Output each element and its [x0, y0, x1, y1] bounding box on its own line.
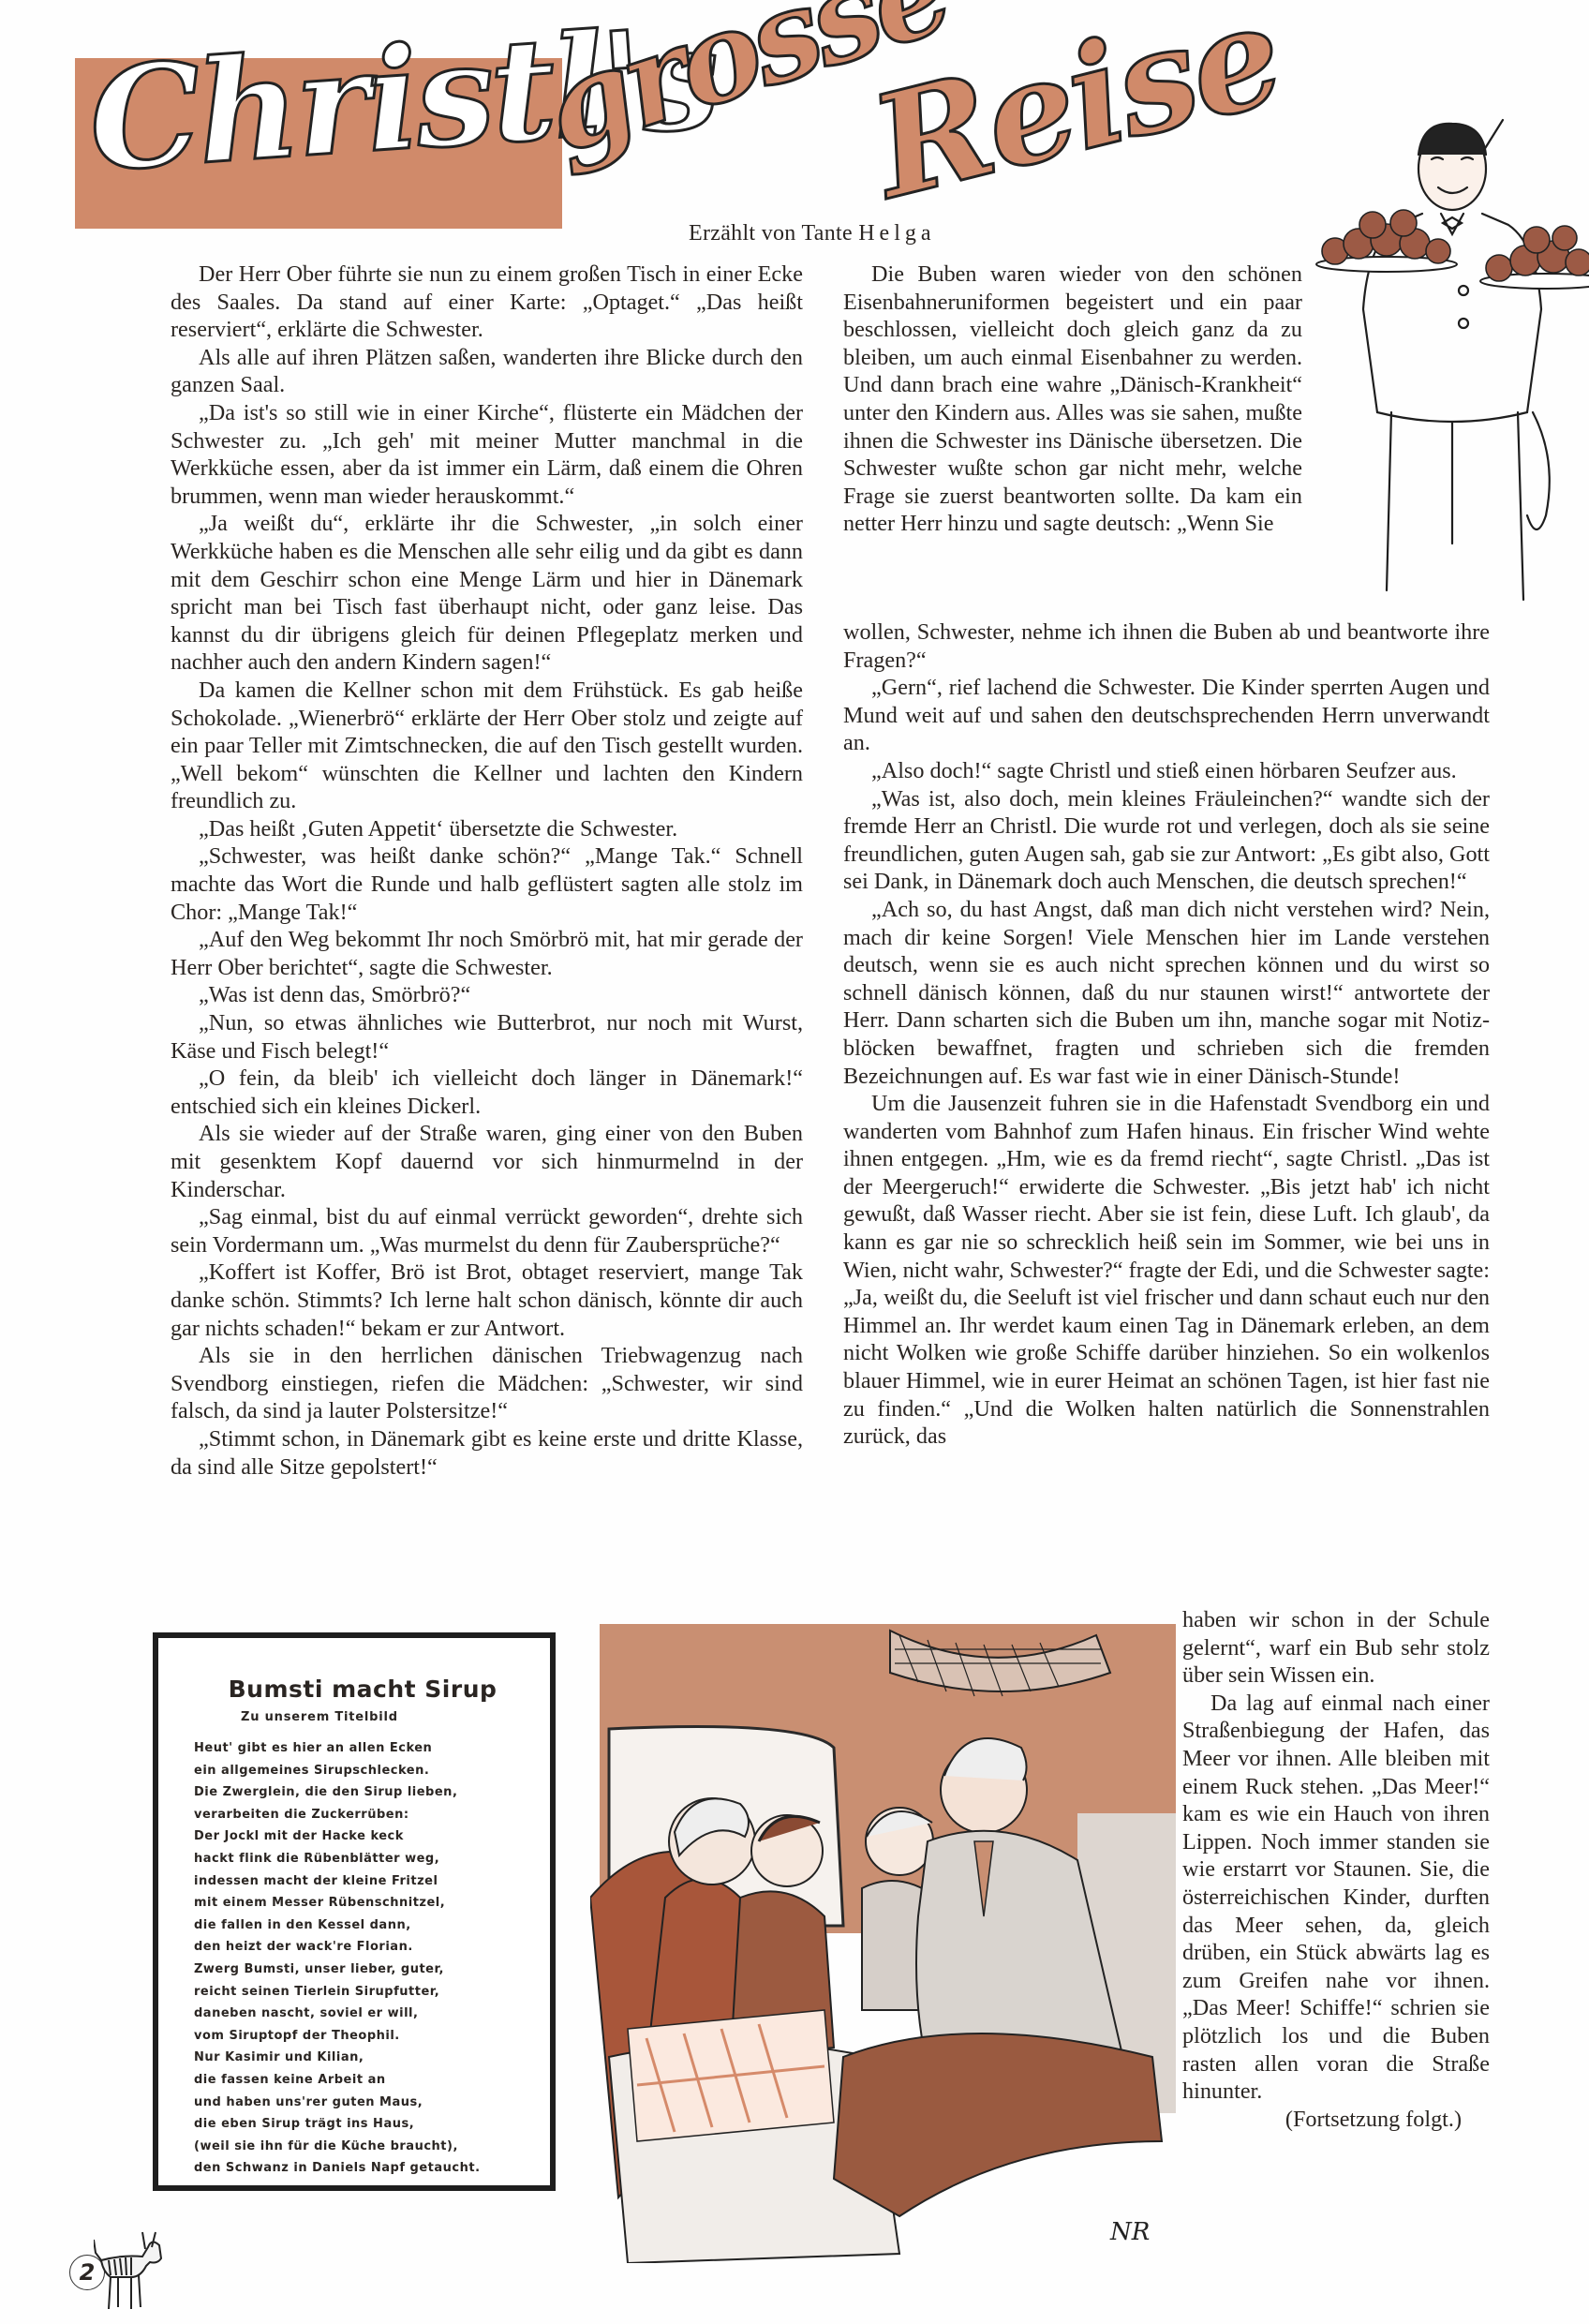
- paragraph: „Schwester, was heißt danke schön?“ „Man…: [171, 842, 803, 926]
- paragraph: „Was ist denn das, Smörbrö?“: [171, 981, 803, 1009]
- poem-line: vom Siruptopf der Theophil.: [194, 2025, 531, 2048]
- right-text-column-top: Die Buben waren wieder von den schönen E…: [843, 261, 1302, 538]
- right-text-column-middle: wollen, Schwester, nehme ich ihnen die B…: [843, 618, 1490, 1451]
- paragraph: „Da ist's so still wie in einer Kirche“,…: [171, 399, 803, 510]
- poem-line: Der Jockl mit der Hacke keck: [194, 1825, 531, 1848]
- paragraph: „Was ist, also doch, mein kleines Fräule…: [843, 785, 1490, 896]
- poem-line: die fassen keine Arbeit an: [194, 2069, 531, 2092]
- paragraph: „Das heißt ‚Guten Appetit‘ übersetzte di…: [171, 815, 803, 843]
- donkey-icon: [94, 2228, 169, 2313]
- left-text-column: Der Herr Ober führte sie nun zu einem gr…: [171, 261, 803, 1481]
- poem-line: daneben nascht, soviel er will,: [194, 2003, 531, 2025]
- poem-line: den heizt der wack're Florian.: [194, 1936, 531, 1959]
- poem-line: Zwerg Bumsti, unser lieber, guter,: [194, 1959, 531, 1981]
- paragraph: „Nun, so etwas ähnliches wie Butterbrot,…: [171, 1009, 803, 1065]
- right-text-column-bottom: haben wir schon in der Schule gelernt“, …: [1182, 1606, 1490, 2133]
- train-compartment-illustration: NR: [590, 1616, 1176, 2263]
- continued-note: (Fortsetzung folgt.): [1182, 2106, 1490, 2134]
- paragraph-continuation: haben wir schon in der Schule gelernt“, …: [1182, 1606, 1490, 1690]
- poem-title: Bumsti macht Sirup: [194, 1676, 531, 1703]
- paragraph: „Stimmt schon, in Dänemark gibt es keine…: [171, 1425, 803, 1481]
- byline-prefix: Erzählt von Tante: [689, 221, 858, 246]
- paragraph: Da kamen die Kellner schon mit dem Frühs…: [171, 677, 803, 815]
- poem-line: und haben uns'rer guten Maus,: [194, 2092, 531, 2114]
- paragraph: Um die Jausenzeit fuhren sie in die Hafe…: [843, 1090, 1490, 1451]
- waiter-illustration: [1312, 103, 1589, 628]
- paragraph: „Sag einmal, bist du auf einmal verrückt…: [171, 1203, 803, 1259]
- poem-line: die eben Sirup trägt ins Haus,: [194, 2113, 531, 2136]
- paragraph: Als sie wieder auf der Straße waren, gin…: [171, 1120, 803, 1203]
- poem-line: Heut' gibt es hier an allen Ecken: [194, 1737, 531, 1760]
- poem-line: Nur Kasimir und Kilian,: [194, 2047, 531, 2069]
- paragraph: „O fein, da bleib' ich vielleicht doch l…: [171, 1065, 803, 1120]
- poem-box: Bumsti macht Sirup Zu unserem Titelbild …: [153, 1632, 556, 2191]
- poem-line: mit einem Messer Rübenschnitzel,: [194, 1892, 531, 1914]
- poem-line: (weil sie ihn für die Küche braucht),: [194, 2136, 531, 2158]
- paragraph: Als alle auf ihren Plätzen saßen, wander…: [171, 344, 803, 399]
- paragraph: Als sie in den herrlichen dänischen Trie…: [171, 1342, 803, 1425]
- illustration-signature: NR: [1109, 2218, 1150, 2246]
- byline-author: Helga: [858, 221, 935, 246]
- paragraph: „Koffert ist Koffer, Brö ist Brot, obtag…: [171, 1259, 803, 1342]
- poem-line: den Schwanz in Daniels Napf getaucht.: [194, 2157, 531, 2180]
- paragraph: Da lag auf einmal nach einer Straßenbieg…: [1182, 1690, 1490, 2106]
- poem-line: hackt flink die Rübenblätter weg,: [194, 1848, 531, 1870]
- poem-line: reicht seinen Tierlein Sirupfutter,: [194, 1981, 531, 2004]
- byline: Erzählt von Tante Helga: [689, 221, 936, 246]
- poem-subtitle: Zu unserem Titelbild: [241, 1710, 531, 1724]
- poem-line: indessen macht der kleine Fritzel: [194, 1870, 531, 1893]
- paragraph: Die Buben waren wieder von den schönen E…: [843, 261, 1302, 538]
- paragraph: „Also doch!“ sagte Christl und stieß ein…: [843, 757, 1490, 785]
- paragraph: „Auf den Weg bekommt Ihr noch Smörbrö mi…: [171, 926, 803, 981]
- paragraph: „Ach so, du hast Angst, daß man dich nic…: [843, 896, 1490, 1090]
- poem-line: Die Zwerglein, die den Sirup lieben,: [194, 1781, 531, 1804]
- poem-line: die fallen in den Kessel dann,: [194, 1914, 531, 1937]
- paragraph: „Ja weißt du“, erklärte ihr die Schweste…: [171, 510, 803, 677]
- paragraph-continuation: wollen, Schwester, nehme ich ihnen die B…: [843, 618, 1490, 674]
- paragraph: Der Herr Ober führte sie nun zu einem gr…: [171, 261, 803, 344]
- paragraph: „Gern“, rief lachend die Schwester. Die …: [843, 674, 1490, 757]
- poem-line: verarbeiten die Zuckerrüben:: [194, 1804, 531, 1826]
- poem-line: ein allgemeines Sirupschlecken.: [194, 1760, 531, 1782]
- page-number-area: 2: [66, 2228, 169, 2313]
